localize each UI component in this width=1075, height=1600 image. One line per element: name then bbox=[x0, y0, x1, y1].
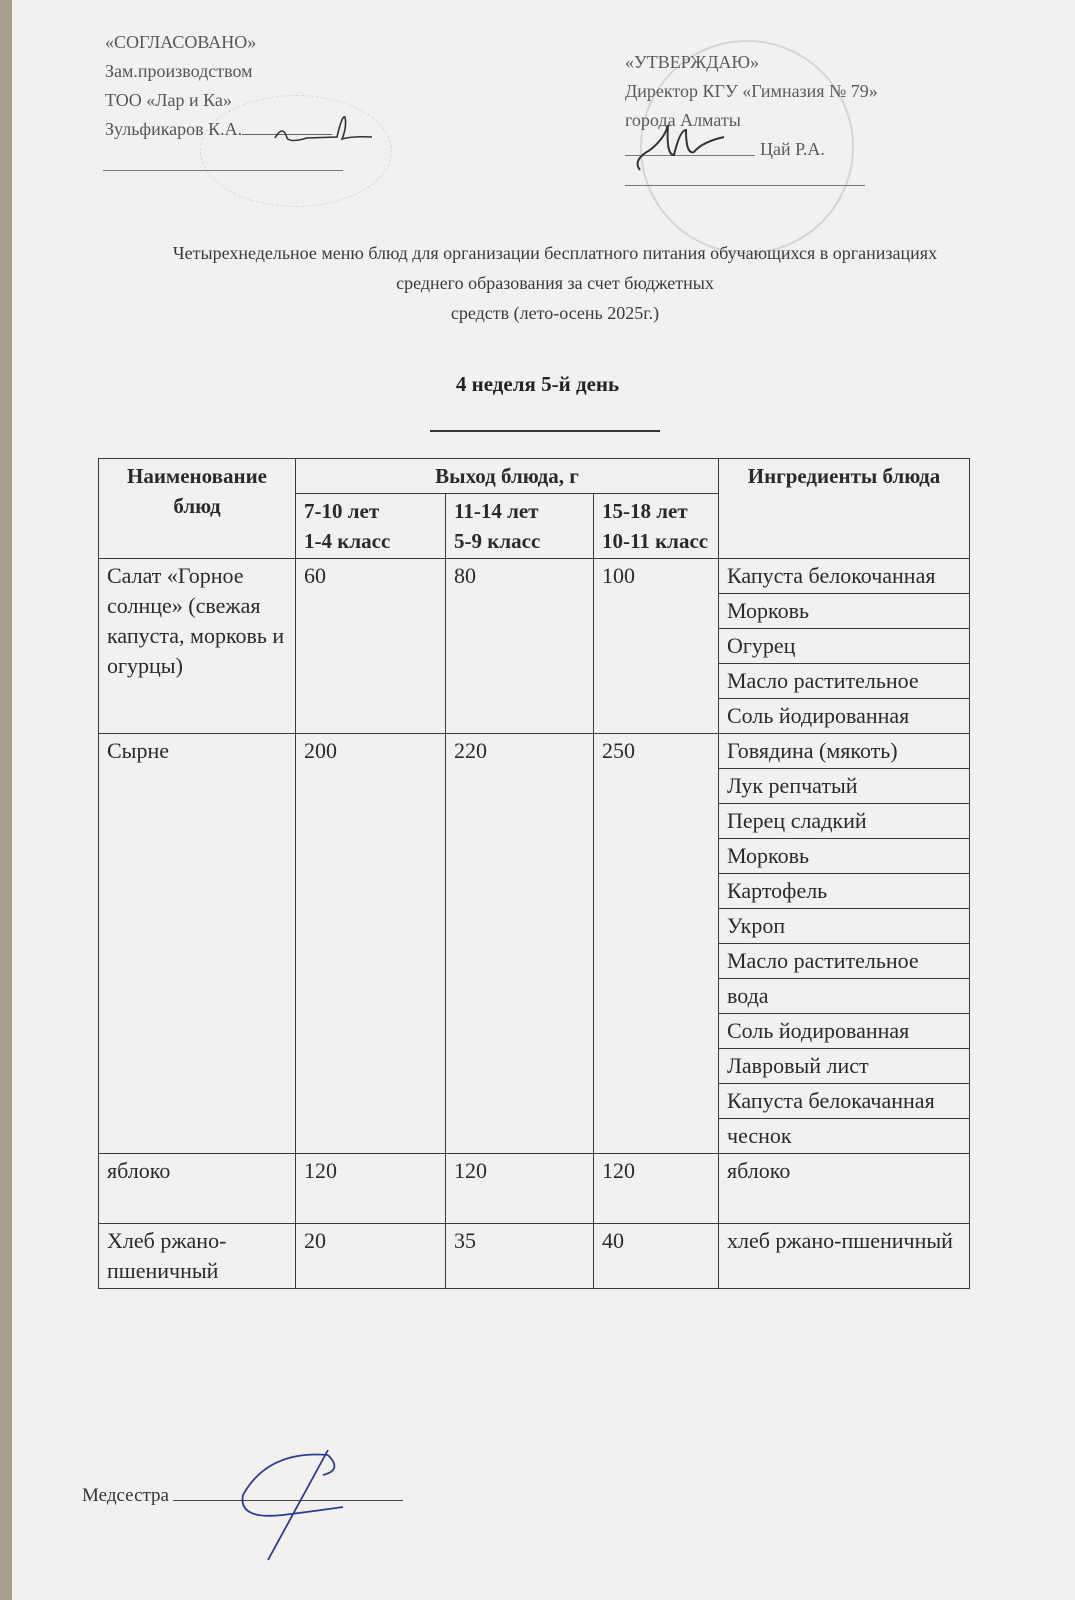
approval-right: «УТВЕРЖДАЮ» Директор КГУ «Гимназия № 79»… bbox=[625, 48, 878, 164]
yield-15-18: 250 bbox=[594, 734, 719, 1154]
table-row: Хлеб ржано-пшеничный203540хлеб ржано-пше… bbox=[99, 1224, 970, 1289]
ingredient-item: Морковь bbox=[719, 594, 969, 629]
day-underline bbox=[430, 430, 660, 432]
dish-name: Хлеб ржано-пшеничный bbox=[99, 1224, 296, 1289]
header-ingredients: Ингредиенты блюда bbox=[719, 459, 970, 559]
yield-7-10: 200 bbox=[296, 734, 446, 1154]
title-line-2: среднего образования за счет бюджетных bbox=[95, 268, 1015, 298]
header-age-15-18: 15-18 лет10-11 класс bbox=[594, 494, 719, 559]
footer: Медсестра bbox=[82, 1485, 403, 1507]
yield-7-10: 60 bbox=[296, 559, 446, 734]
ingredient-item: Огурец bbox=[719, 629, 969, 664]
approval-left-name-row: Зульфикаров К.А. bbox=[105, 115, 332, 144]
age1-class: 1-4 класс bbox=[304, 526, 437, 556]
left-underline bbox=[103, 170, 343, 171]
nurse-signature-line bbox=[173, 1500, 403, 1501]
approval-right-city: города Алматы bbox=[625, 106, 878, 135]
dish-name: Сырне bbox=[99, 734, 296, 1154]
title-line-1: Четырехнедельное меню блюд для организац… bbox=[95, 238, 1015, 268]
approval-right-heading: «УТВЕРЖДАЮ» bbox=[625, 48, 878, 77]
ingredients-cell: Говядина (мякоть)Лук репчатыйПерец сладк… bbox=[719, 734, 970, 1154]
approval-left-org: ТОО «Лар и Ка» bbox=[105, 86, 332, 115]
table-row: Салат «Горное солнце» (свежая капуста, м… bbox=[99, 559, 970, 734]
approval-left-name: Зульфикаров К.А. bbox=[105, 119, 242, 139]
ingredients-cell: хлеб ржано-пшеничный bbox=[719, 1224, 970, 1289]
ingredient-item: Перец сладкий bbox=[719, 804, 969, 839]
table-row: Сырне200220250Говядина (мякоть)Лук репча… bbox=[99, 734, 970, 1154]
ingredient-item: Соль йодированная bbox=[719, 1014, 969, 1049]
title-line-3: средств (лето-осень 2025г.) bbox=[95, 298, 1015, 328]
yield-11-14: 80 bbox=[446, 559, 594, 734]
yield-15-18: 40 bbox=[594, 1224, 719, 1289]
age3-years: 15-18 лет bbox=[602, 496, 710, 526]
yield-11-14: 120 bbox=[446, 1154, 594, 1224]
age1-years: 7-10 лет bbox=[304, 496, 437, 526]
ingredient-item: Говядина (мякоть) bbox=[719, 734, 969, 769]
ingredient-item: Масло растительное bbox=[719, 944, 969, 979]
ingredient-item: Капуста белокачанная bbox=[719, 1084, 969, 1119]
menu-table: Наименование блюд Выход блюда, г Ингреди… bbox=[98, 458, 970, 1289]
yield-15-18: 120 bbox=[594, 1154, 719, 1224]
right-underline bbox=[625, 185, 865, 186]
header-row: Наименование блюд Выход блюда, г Ингреди… bbox=[99, 459, 970, 494]
right-sign-underline bbox=[625, 155, 755, 156]
ingredient-item: Морковь bbox=[719, 839, 969, 874]
dish-name: Салат «Горное солнце» (свежая капуста, м… bbox=[99, 559, 296, 734]
ingredient-item: яблоко bbox=[719, 1154, 969, 1188]
ingredient-item: чеснок bbox=[719, 1119, 969, 1153]
approval-left-position: Зам.производством bbox=[105, 57, 332, 86]
age3-class: 10-11 класс bbox=[602, 526, 710, 556]
table-row: яблоко120120120яблоко bbox=[99, 1154, 970, 1224]
yield-11-14: 220 bbox=[446, 734, 594, 1154]
dish-name: яблоко bbox=[99, 1154, 296, 1224]
ingredient-item: Лавровый лист bbox=[719, 1049, 969, 1084]
ingredient-item: вода bbox=[719, 979, 969, 1014]
nurse-label: Медсестра bbox=[82, 1485, 169, 1506]
approval-right-name: Цай Р.А. bbox=[625, 135, 878, 164]
approval-left-heading: «СОГЛАСОВАНО» bbox=[105, 28, 332, 57]
signature-line bbox=[242, 134, 332, 135]
header-age-11-14: 11-14 лет5-9 класс bbox=[446, 494, 594, 559]
header-dish: Наименование блюд bbox=[99, 459, 296, 559]
ingredient-item: хлеб ржано-пшеничный bbox=[719, 1224, 969, 1258]
ingredient-item: Картофель bbox=[719, 874, 969, 909]
yield-11-14: 35 bbox=[446, 1224, 594, 1289]
yield-7-10: 120 bbox=[296, 1154, 446, 1224]
ingredients-cell: Капуста белокочаннаяМорковьОгурецМасло р… bbox=[719, 559, 970, 734]
yield-7-10: 20 bbox=[296, 1224, 446, 1289]
paper-edge bbox=[0, 0, 12, 1600]
approval-left: «СОГЛАСОВАНО» Зам.производством ТОО «Лар… bbox=[105, 28, 332, 144]
document-title: Четырехнедельное меню блюд для организац… bbox=[95, 238, 1015, 328]
ingredients-cell: яблоко bbox=[719, 1154, 970, 1224]
ingredient-item: Укроп bbox=[719, 909, 969, 944]
age2-class: 5-9 класс bbox=[454, 526, 585, 556]
header-age-7-10: 7-10 лет1-4 класс bbox=[296, 494, 446, 559]
age2-years: 11-14 лет bbox=[454, 496, 585, 526]
ingredient-item: Капуста белокочанная bbox=[719, 559, 969, 594]
header-yield: Выход блюда, г bbox=[296, 459, 719, 494]
ingredient-item: Лук репчатый bbox=[719, 769, 969, 804]
yield-15-18: 100 bbox=[594, 559, 719, 734]
ingredient-item: Соль йодированная bbox=[719, 699, 969, 733]
approval-right-position: Директор КГУ «Гимназия № 79» bbox=[625, 77, 878, 106]
day-label: 4 неделя 5-й день bbox=[0, 372, 1075, 397]
ingredient-item: Масло растительное bbox=[719, 664, 969, 699]
